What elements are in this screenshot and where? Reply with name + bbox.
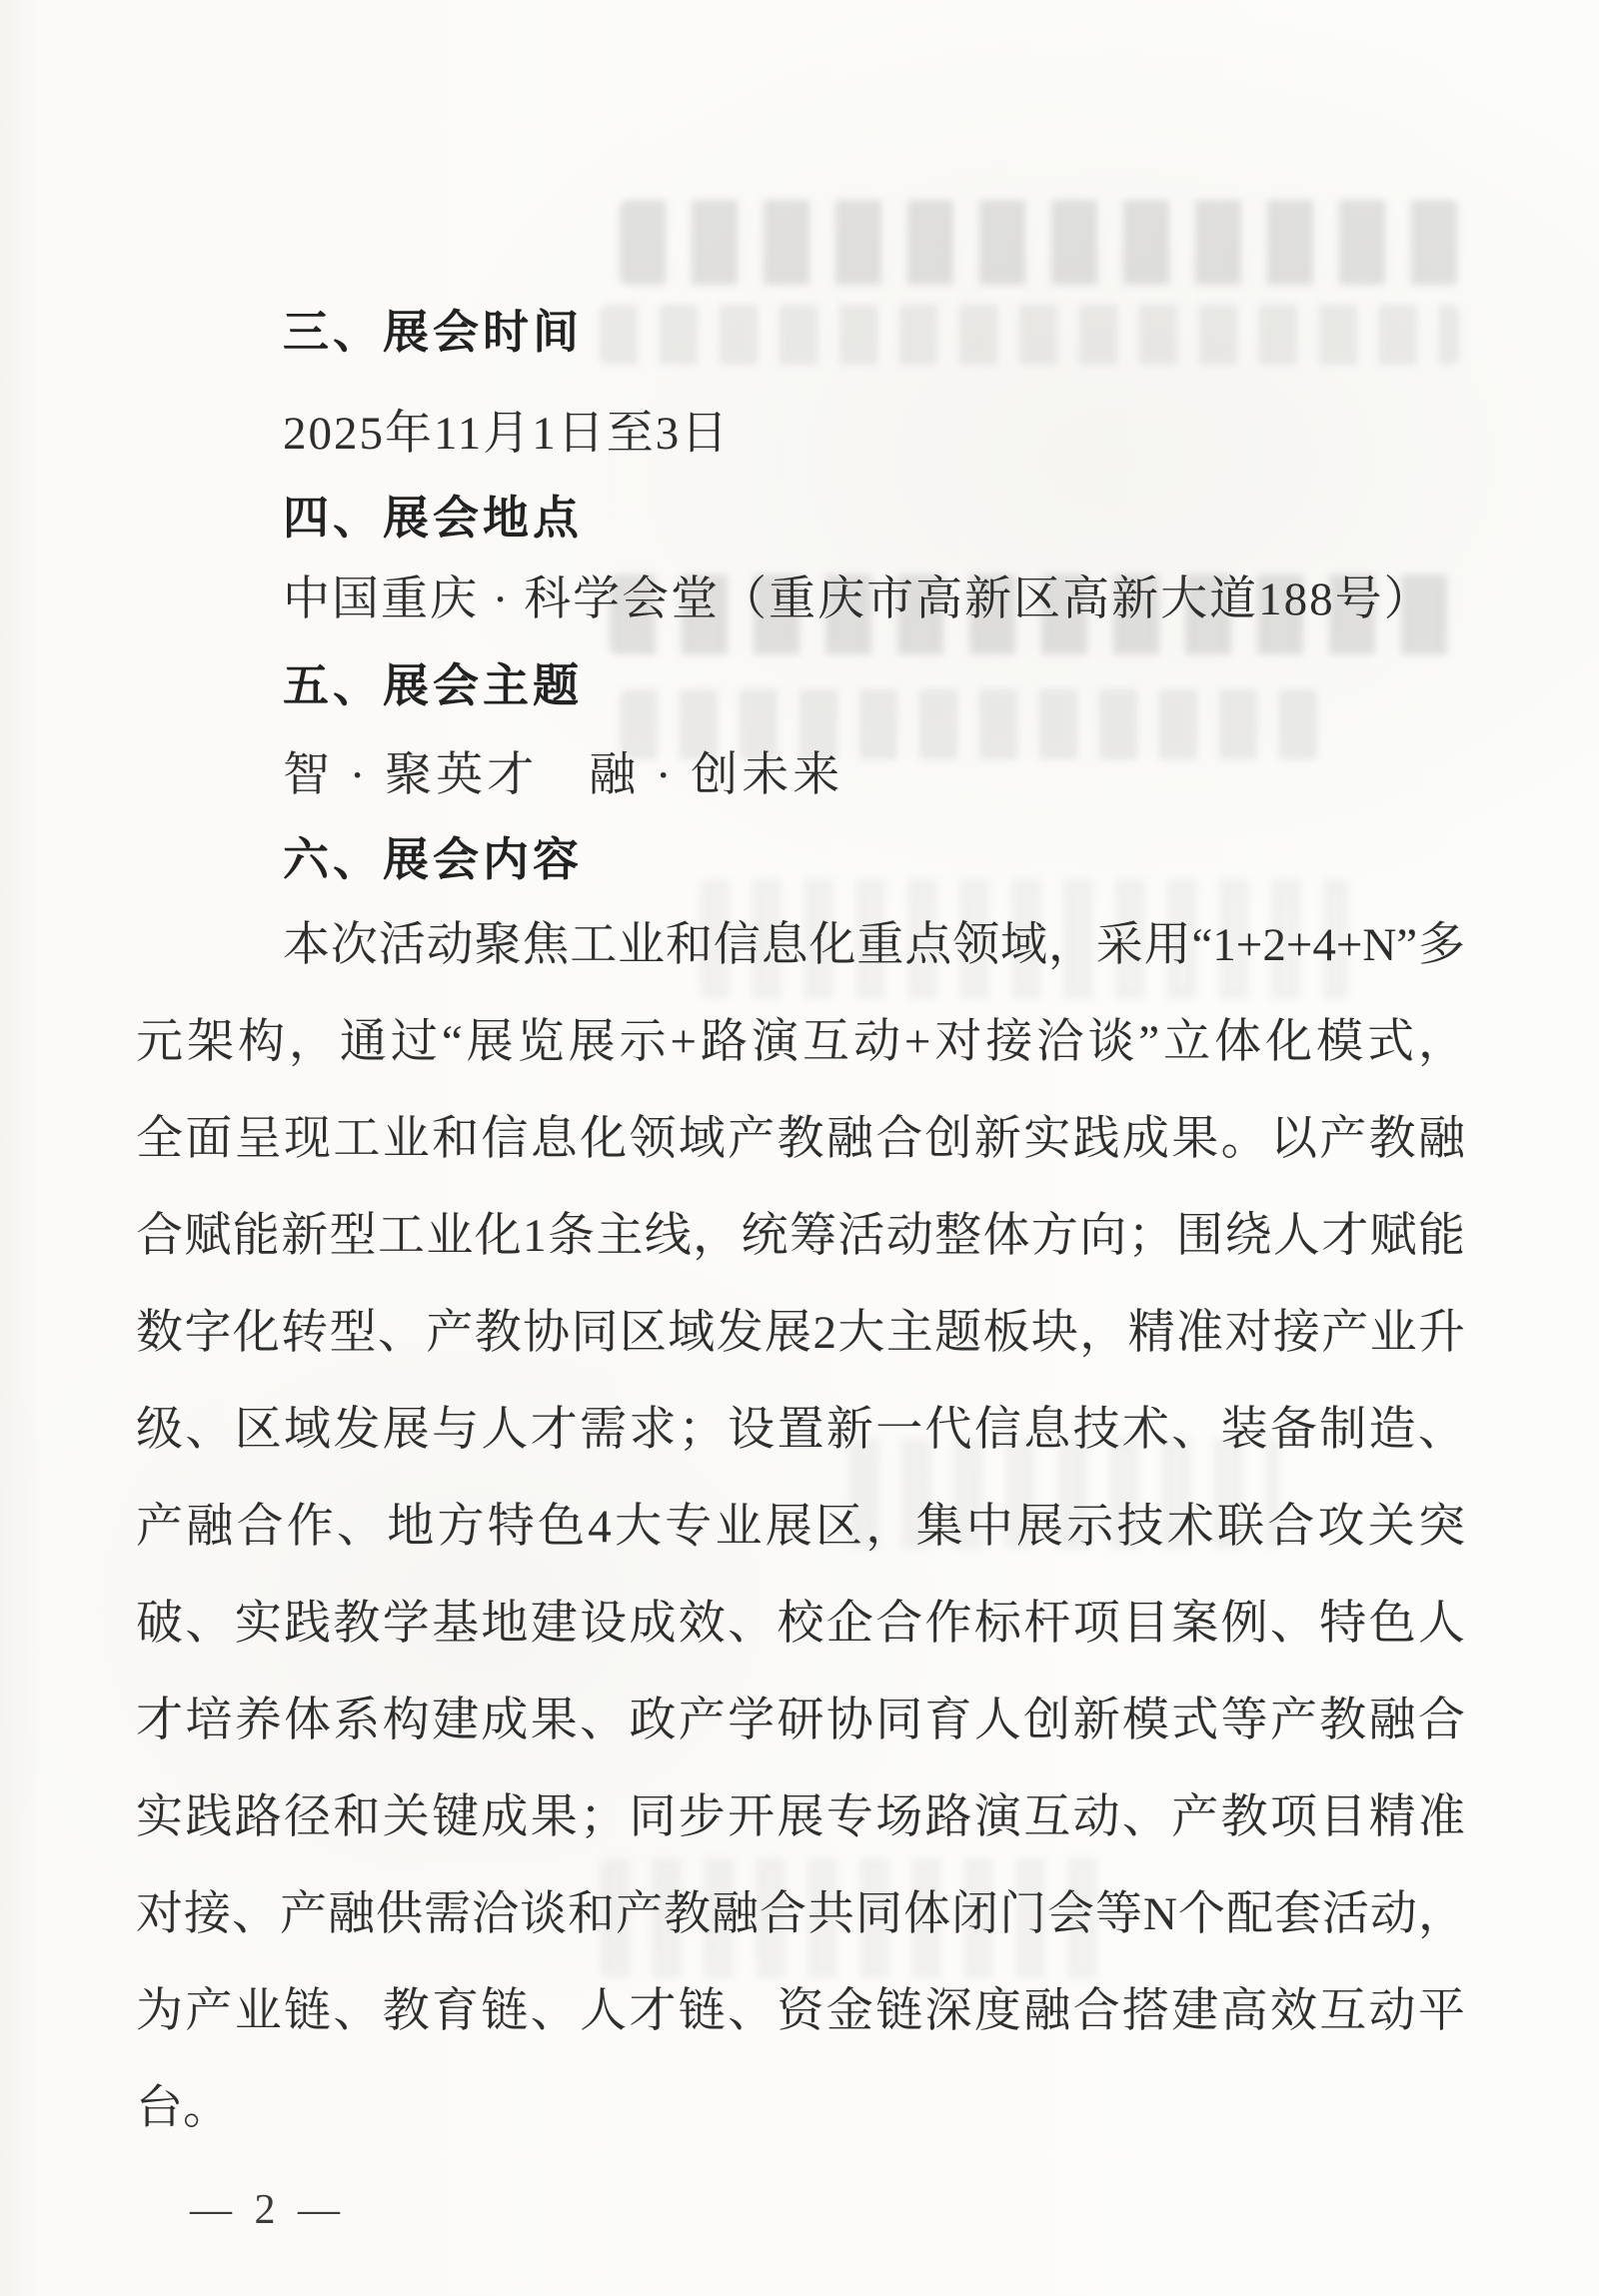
page-number: — 2 — [190, 2186, 346, 2234]
section-heading-exhibition-venue: 四、展会地点 [283, 482, 583, 548]
section-heading-exhibition-content: 六、展会内容 [283, 823, 583, 889]
bleed-through-smudge [620, 200, 1459, 285]
bleed-through-smudge [600, 305, 1459, 365]
paragraph-line: 数字化转型、产教协同区域发展2大主题板块，精准对接产业升 [136, 1285, 1465, 1382]
exhibition-date-text: 2025年11月1日至3日 [283, 396, 730, 463]
paragraph-line: 产融合作、地方特色4大专业展区，集中展示技术联合攻关突 [136, 1479, 1465, 1576]
paragraph-line: 全面呈现工业和信息化领域产教融合创新实践成果。以产教融 [136, 1091, 1465, 1188]
paragraph-line: 级、区域发展与人才需求；设置新一代信息技术、装备制造、 [136, 1382, 1465, 1479]
paragraph-line: 破、实践教学基地建设成效、校企合作标杆项目案例、特色人 [136, 1576, 1465, 1673]
section-heading-exhibition-time: 三、展会时间 [283, 296, 583, 362]
paragraph-line: 为产业链、教育链、人才链、资金链深度融合搭建高效互动平 [136, 1963, 1465, 2060]
paragraph-line: 本次活动聚焦工业和信息化重点领域，采用“1+2+4+N”多 [136, 897, 1465, 994]
exhibition-venue-text: 中国重庆 · 科学会堂（重庆市高新区高新大道188号） [283, 562, 1433, 628]
scanned-document-page: 三、展会时间 2025年11月1日至3日 四、展会地点 中国重庆 · 科学会堂（… [0, 0, 1599, 2296]
exhibition-content-paragraph: 本次活动聚焦工业和信息化重点领域，采用“1+2+4+N”多 元架构，通过“展览展… [136, 897, 1465, 2157]
paragraph-line: 合赋能新型工业化1条主线，统筹活动整体方向；围绕人才赋能 [136, 1188, 1465, 1285]
exhibition-theme-text: 智 · 聚英才 融 · 创未来 [283, 737, 843, 804]
section-heading-exhibition-theme: 五、展会主题 [283, 649, 583, 715]
paragraph-line: 对接、产融供需洽谈和产教融合共同体闭门会等N个配套活动， [136, 1866, 1465, 1963]
paragraph-line: 台。 [136, 2060, 1465, 2157]
paragraph-line: 元架构，通过“展览展示+路演互动+对接洽谈”立体化模式， [136, 994, 1465, 1091]
paragraph-line: 才培养体系构建成果、政产学研协同育人创新模式等产教融合 [136, 1673, 1465, 1769]
paragraph-line: 实践路径和关键成果；同步开展专场路演互动、产教项目精准 [136, 1769, 1465, 1866]
